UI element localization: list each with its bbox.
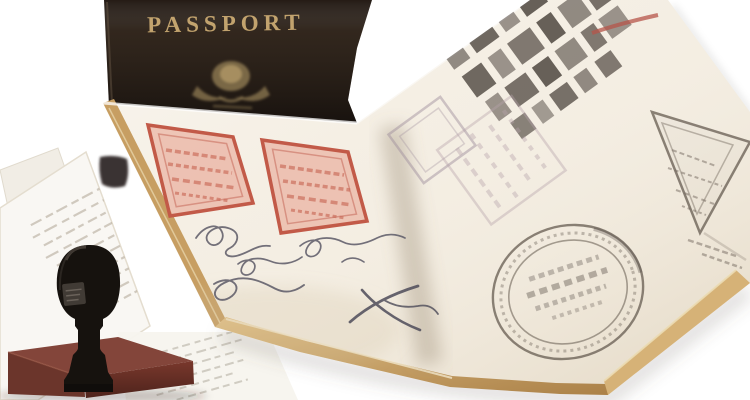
photo-canvas: PASSPORT	[0, 0, 750, 400]
handle-base-plate	[64, 384, 113, 392]
passport-cover: PASSPORT	[104, 0, 372, 123]
passport-cover-corner-peek	[99, 156, 128, 188]
passport-photo-illustration: PASSPORT	[0, 0, 750, 400]
passport-title: PASSPORT	[147, 10, 305, 38]
handle-label	[62, 282, 86, 306]
